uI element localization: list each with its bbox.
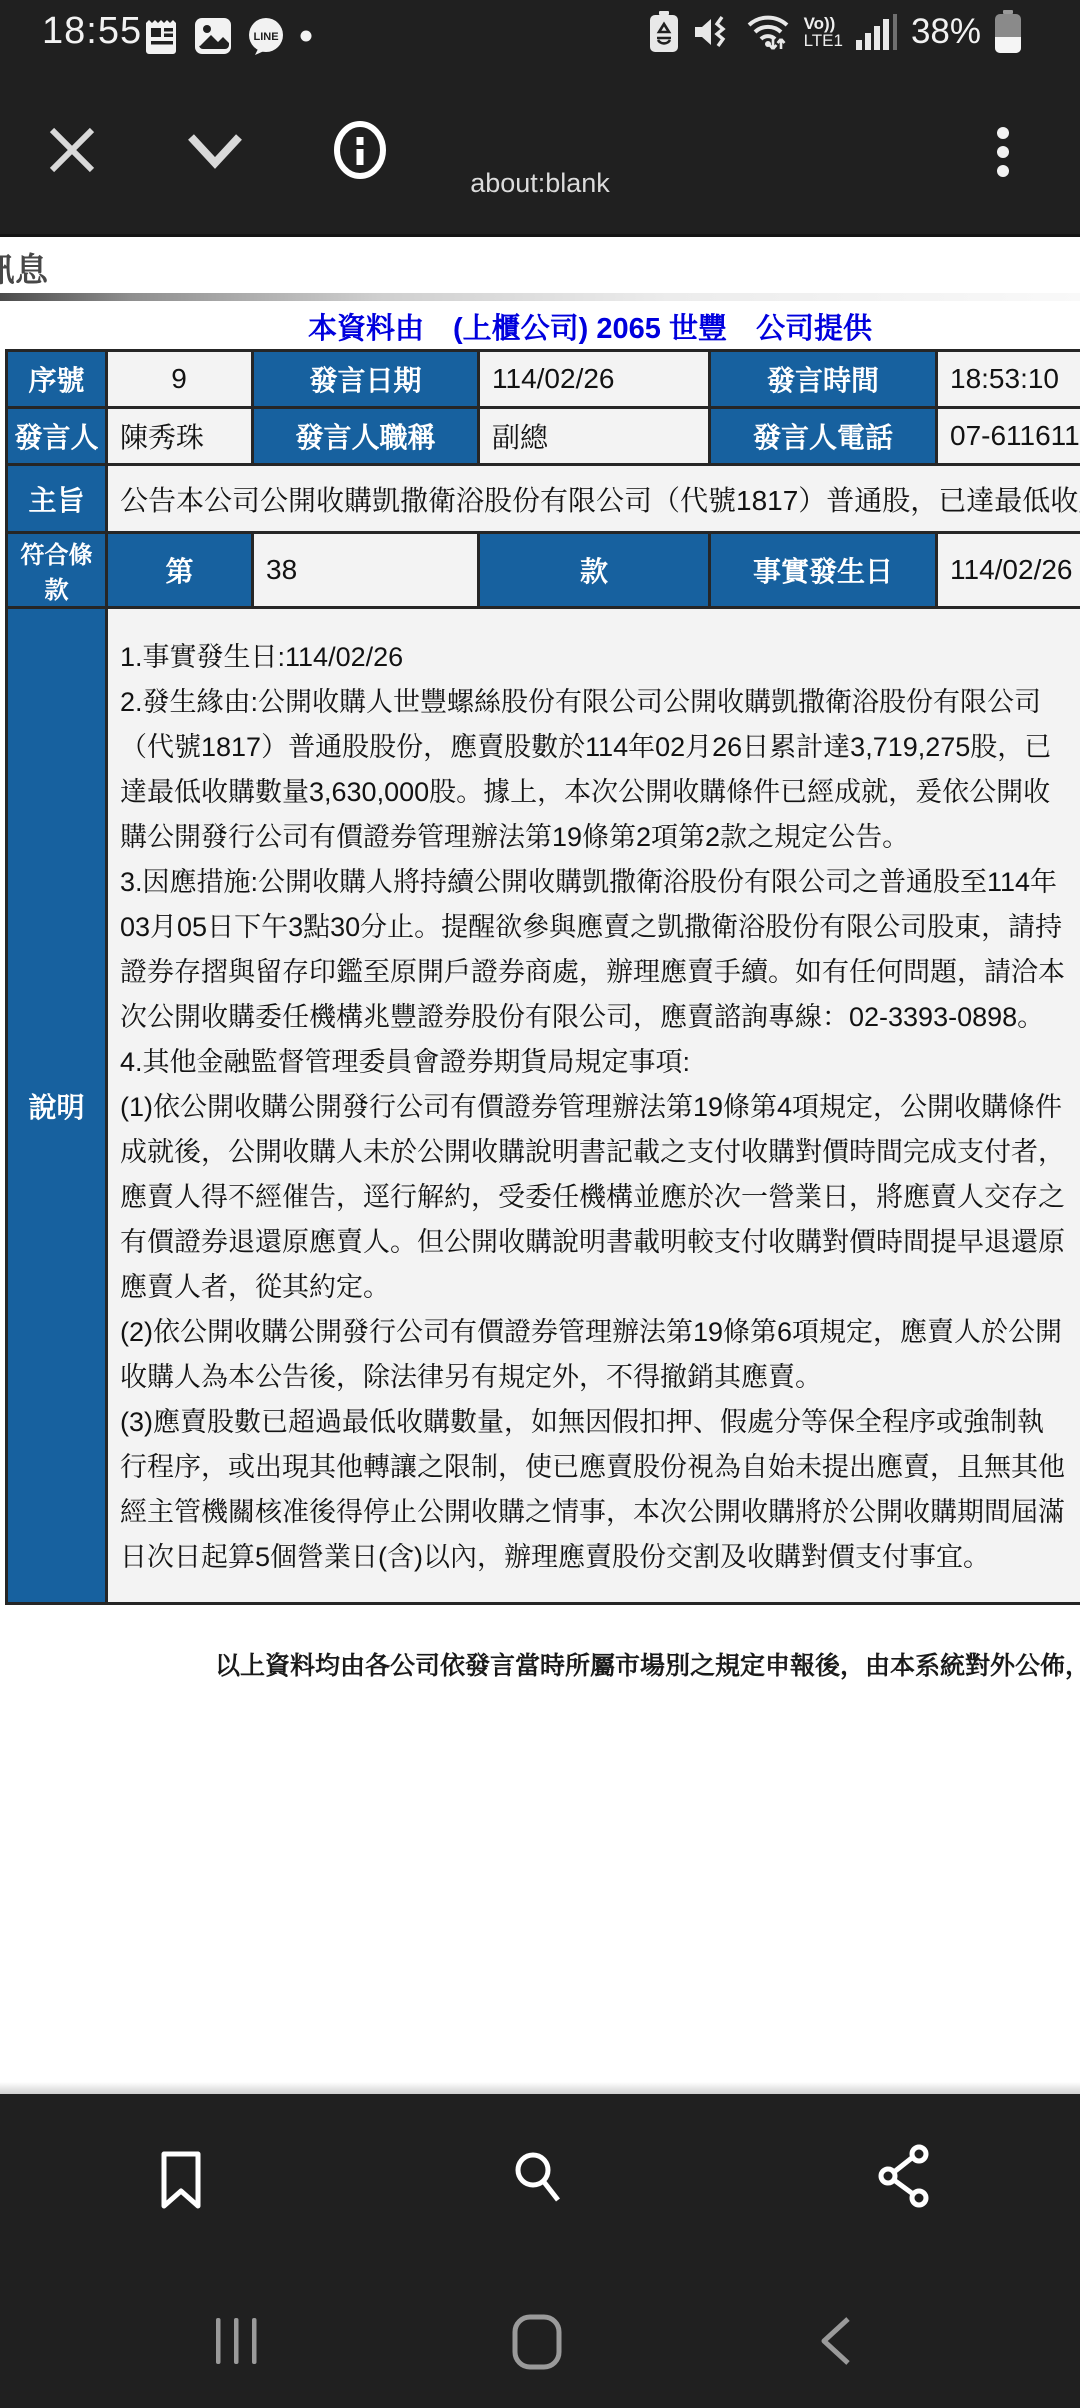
battery-percent: 38% (911, 12, 981, 52)
table-row: 符合條款 第 38 款 事實發生日 114/02/26 (7, 533, 1080, 608)
description-line: （代號1817）普通股股份，應賣股數於114年02月26日累計達3,719,27… (120, 725, 1080, 770)
fact-date-value: 114/02/26 (937, 533, 1080, 608)
bookmark-icon[interactable] (158, 2150, 204, 2210)
phone-label: 發言人電話 (710, 408, 937, 465)
description-line: 證券存摺與留存印鑑至原開戶證券商處，辦理應賣手續。如有任何問題，請洽本 (120, 950, 1080, 995)
home-icon[interactable] (512, 2314, 562, 2370)
mute-vibrate-icon (692, 12, 732, 52)
time-label: 發言時間 (710, 351, 937, 408)
description-line: 購公開發行公司有價證券管理辦法第19條第2項第2款之規定公告。 (120, 815, 1080, 860)
provider-line: 本資料由 (上櫃公司) 2065 世豐 公司提供 (0, 306, 1080, 347)
table-row: 序號 9 發言日期 114/02/26 發言時間 18:53:10 (7, 351, 1080, 408)
clause-no-value: 38 (253, 533, 479, 608)
description-line: (3)應賣股數已超過最低收購數量，如無因假扣押、假處分等保全程序或強制執 (120, 1400, 1080, 1445)
description-line: 應賣人得不經催告，逕行解約，受委任機構並應於次一營業日，將應賣人交存之 (120, 1175, 1080, 1220)
description-line: (2)依公開收購公開發行公司有價證券管理辦法第19條第6項規定，應賣人於公開 (120, 1310, 1080, 1355)
heading-divider (0, 293, 1080, 301)
description-line: 4.其他金融監督管理委員會證券期貨局規定事項: (120, 1040, 1080, 1085)
description-line: 行程序，或出現其他轉讓之限制，使已應賣股份視為自始未提出應賣，且無其他 (120, 1445, 1080, 1490)
bottom-bar (0, 2094, 1080, 2408)
description-line: 應賣人者，從其約定。 (120, 1265, 1080, 1310)
description-line: 達最低收購數量3,630,000股。據上，本次公開收購條件已經成就，爰依公開收 (120, 770, 1080, 815)
status-right-cluster: Vo)) LTE1 38% (649, 8, 1022, 56)
description-line: 03月05日下午3點30分止。提醒欲參與應賣之凱撒衛浴股份有限公司股東，請持 (120, 905, 1080, 950)
description-line: 1.事實發生日:114/02/26 (120, 635, 1080, 680)
seq-label: 序號 (7, 351, 107, 408)
subject-label: 主旨 (7, 465, 107, 533)
svg-text:LINE: LINE (253, 31, 278, 43)
clause-unit-label: 款 (479, 533, 710, 608)
signal-strength-icon (856, 12, 898, 52)
table-row: 發言人 陳秀珠 發言人職稱 副總 發言人電話 07-6116116 (7, 408, 1080, 465)
disclaimer-text: 以上資料均由各公司依發言當時所屬市場別之規定申報後，由本系統對外公佈，資料如有虛… (215, 1646, 1080, 1682)
notification-dot (300, 30, 312, 42)
notification-icons: LINE (144, 16, 312, 56)
share-icon[interactable] (876, 2144, 932, 2208)
date-value: 114/02/26 (479, 351, 710, 408)
phone-value: 07-6116116 (937, 408, 1080, 465)
recents-icon[interactable] (214, 2316, 258, 2366)
description-label: 說明 (7, 608, 107, 1604)
status-and-toolbar: 18:55 (0, 0, 1080, 237)
fact-date-label: 事實發生日 (710, 533, 937, 608)
table-row: 主旨 公告本公司公開收購凱撒衛浴股份有限公司（代號1817）普通股，已達最低收購… (7, 465, 1080, 533)
back-icon[interactable] (818, 2316, 852, 2366)
description-line: 2.發生緣由:公開收購人世豐螺絲股份有限公司公開收購凱撒衛浴股份有限公司 (120, 680, 1080, 725)
time-value: 18:53:10 (937, 351, 1080, 408)
description-line: 收購人為本公告後，除法律另有規定外，不得撤銷其應賣。 (120, 1355, 1080, 1400)
clause-no-label: 第 (107, 533, 253, 608)
description-value: 1.事實發生日:114/02/26 2.發生緣由:公開收購人世豐螺絲股份有限公司… (107, 608, 1080, 1604)
search-icon[interactable] (510, 2148, 566, 2208)
description-line: 日次日起算5個營業日(含)以內，辦理應賣股份交割及收購對價支付事宜。 (120, 1535, 1080, 1580)
announcement-table: 序號 9 發言日期 114/02/26 發言時間 18:53:10 發言人 陳秀… (5, 349, 1080, 1605)
status-time: 18:55 (42, 10, 142, 53)
gallery-icon (194, 17, 232, 55)
title-value: 副總 (479, 408, 710, 465)
speaker-label: 發言人 (7, 408, 107, 465)
table-row: 說明 1.事實發生日:114/02/26 2.發生緣由:公開收購人世豐螺絲股份有… (7, 608, 1080, 1604)
address-bar[interactable]: about:blank (0, 168, 1080, 199)
battery-icon (994, 10, 1022, 54)
description-line: 成就後，公開收購人未於公開收購說明書記載之支付收購對價時間完成支付者， (120, 1130, 1080, 1175)
chevron-down-icon[interactable] (186, 132, 244, 170)
phone-screen: 18:55 (0, 0, 1080, 2408)
volte-icon: Vo)) LTE1 (804, 15, 843, 49)
subject-value: 公告本公司公開收購凱撒衛浴股份有限公司（代號1817）普通股，已達最低收購 數量… (107, 465, 1080, 533)
battery-saver-icon (649, 11, 679, 53)
calendar-icon (144, 17, 180, 55)
clause-label: 符合條款 (7, 533, 107, 608)
description-line: 3.因應措施:公開收購人將持續公開收購凱撒衛浴股份有限公司之普通股至114年 (120, 860, 1080, 905)
line-app-icon: LINE (246, 16, 286, 56)
clipped-page-heading: 訊息 (0, 244, 48, 291)
footer-shadow (0, 2082, 1080, 2094)
seq-value: 9 (107, 351, 253, 408)
wifi-icon (745, 11, 791, 53)
description-line: (1)依公開收購公開發行公司有價證券管理辦法第19條第4項規定，公開收購條件 (120, 1085, 1080, 1130)
description-line: 經主管機關核准後得停止公開收購之情事，本次公開收購將於公開收購期間屆滿 (120, 1490, 1080, 1535)
title-label: 發言人職稱 (253, 408, 479, 465)
speaker-value: 陳秀珠 (107, 408, 253, 465)
description-line: 有價證券退還原應賣人。但公開收購說明書載明較支付收購對價時間提早退還原 (120, 1220, 1080, 1265)
description-line: 次公開收購委任機構兆豐證券股份有限公司，應賣諮詢專線：02-3393-0898。 (120, 995, 1080, 1040)
date-label: 發言日期 (253, 351, 479, 408)
